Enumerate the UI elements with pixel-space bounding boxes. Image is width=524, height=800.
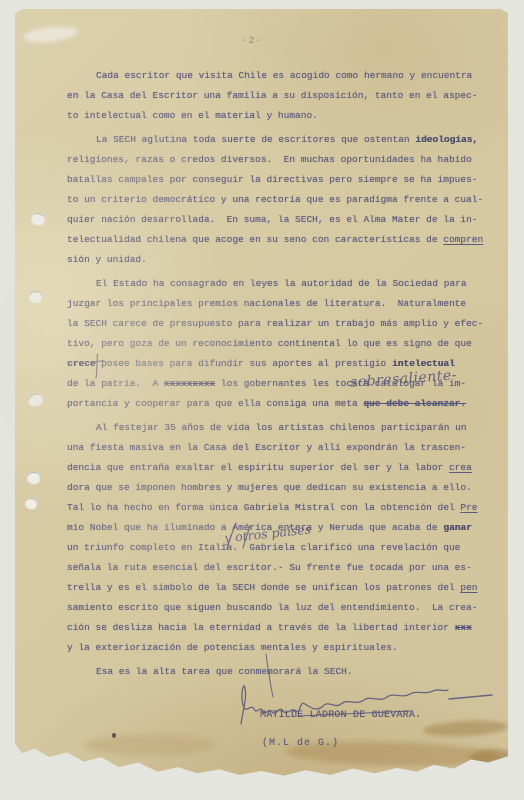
signature-dash bbox=[449, 695, 492, 699]
typed-line: ción se desliza hacia la eternidad a tra… bbox=[67, 618, 507, 638]
typed-line: la SECH carece de presupuesto para reali… bbox=[67, 314, 507, 334]
typed-line: batallas campales por conseguir la direc… bbox=[67, 170, 507, 190]
typed-line: to un criterio democrático y una rectorí… bbox=[67, 190, 507, 210]
paragraph: La SECH aglutina toda suerte de escritor… bbox=[67, 130, 507, 270]
typed-line: dencia que entraña exaltar el espíritu s… bbox=[67, 458, 507, 478]
signature-initials: (M.L de G.) bbox=[262, 738, 339, 749]
paragraph: El Estado ha consagrado en leyes la auto… bbox=[67, 274, 507, 414]
typed-line: un triunfo completo en Italia. Gabriela … bbox=[67, 538, 507, 558]
typed-line: Cada escritor que visita Chile es acogid… bbox=[67, 66, 507, 86]
paragraph: Esa es la alta tarea que conmemorará la … bbox=[67, 662, 507, 682]
paragraph: Cada escritor que visita Chile es acogid… bbox=[67, 66, 507, 126]
typed-line: to intelectual como en el material y hum… bbox=[67, 106, 507, 126]
signature-typed-name: MATILDE LADRON DE GUEVARA. bbox=[260, 710, 421, 721]
typed-line: y la exteriorización de potencias mental… bbox=[67, 638, 507, 658]
typed-line: trella y es el símbolo de la SECH donde … bbox=[67, 578, 507, 598]
typed-line: dora que se imponen hombres y mujeres qu… bbox=[67, 478, 507, 498]
page-number: -2- bbox=[236, 36, 268, 47]
typed-line: una fiesta masiva en la Casa del Escrito… bbox=[67, 438, 507, 458]
typed-line: telectualidad chilena que acoge en su se… bbox=[67, 230, 507, 250]
typed-line: Esa es la alta tarea que conmemorará la … bbox=[67, 662, 507, 682]
typed-line: Tal lo ha hecho en forma única Gabriela … bbox=[67, 498, 507, 518]
typed-line: quier nación desarrollada. En suma, la S… bbox=[67, 210, 507, 230]
typed-line: juzgar los principales premios nacionale… bbox=[67, 294, 507, 314]
typed-line: Al festejar 35 años de vida los artistas… bbox=[67, 418, 507, 438]
typed-line: tivo, pero goza de un reconocimiento con… bbox=[67, 334, 507, 354]
typed-line: religiones, razas o credos diversos. En … bbox=[67, 150, 507, 170]
scan-background: -2- Cada escritor que visita Chile es ac… bbox=[0, 0, 524, 800]
typed-line: sión y unidad. bbox=[67, 250, 507, 270]
typed-line: portancia y cooperar para que ella consi… bbox=[67, 394, 507, 414]
typed-line: El Estado ha consagrado en leyes la auto… bbox=[67, 274, 507, 294]
typed-line: La SECH aglutina toda suerte de escritor… bbox=[67, 130, 507, 150]
typed-line: señala la ruta esencial del escritor.- S… bbox=[67, 558, 507, 578]
typed-line: samiento escrito que siguen buscando la … bbox=[67, 598, 507, 618]
typed-line: en la Casa del Escritor una familia a su… bbox=[67, 86, 507, 106]
